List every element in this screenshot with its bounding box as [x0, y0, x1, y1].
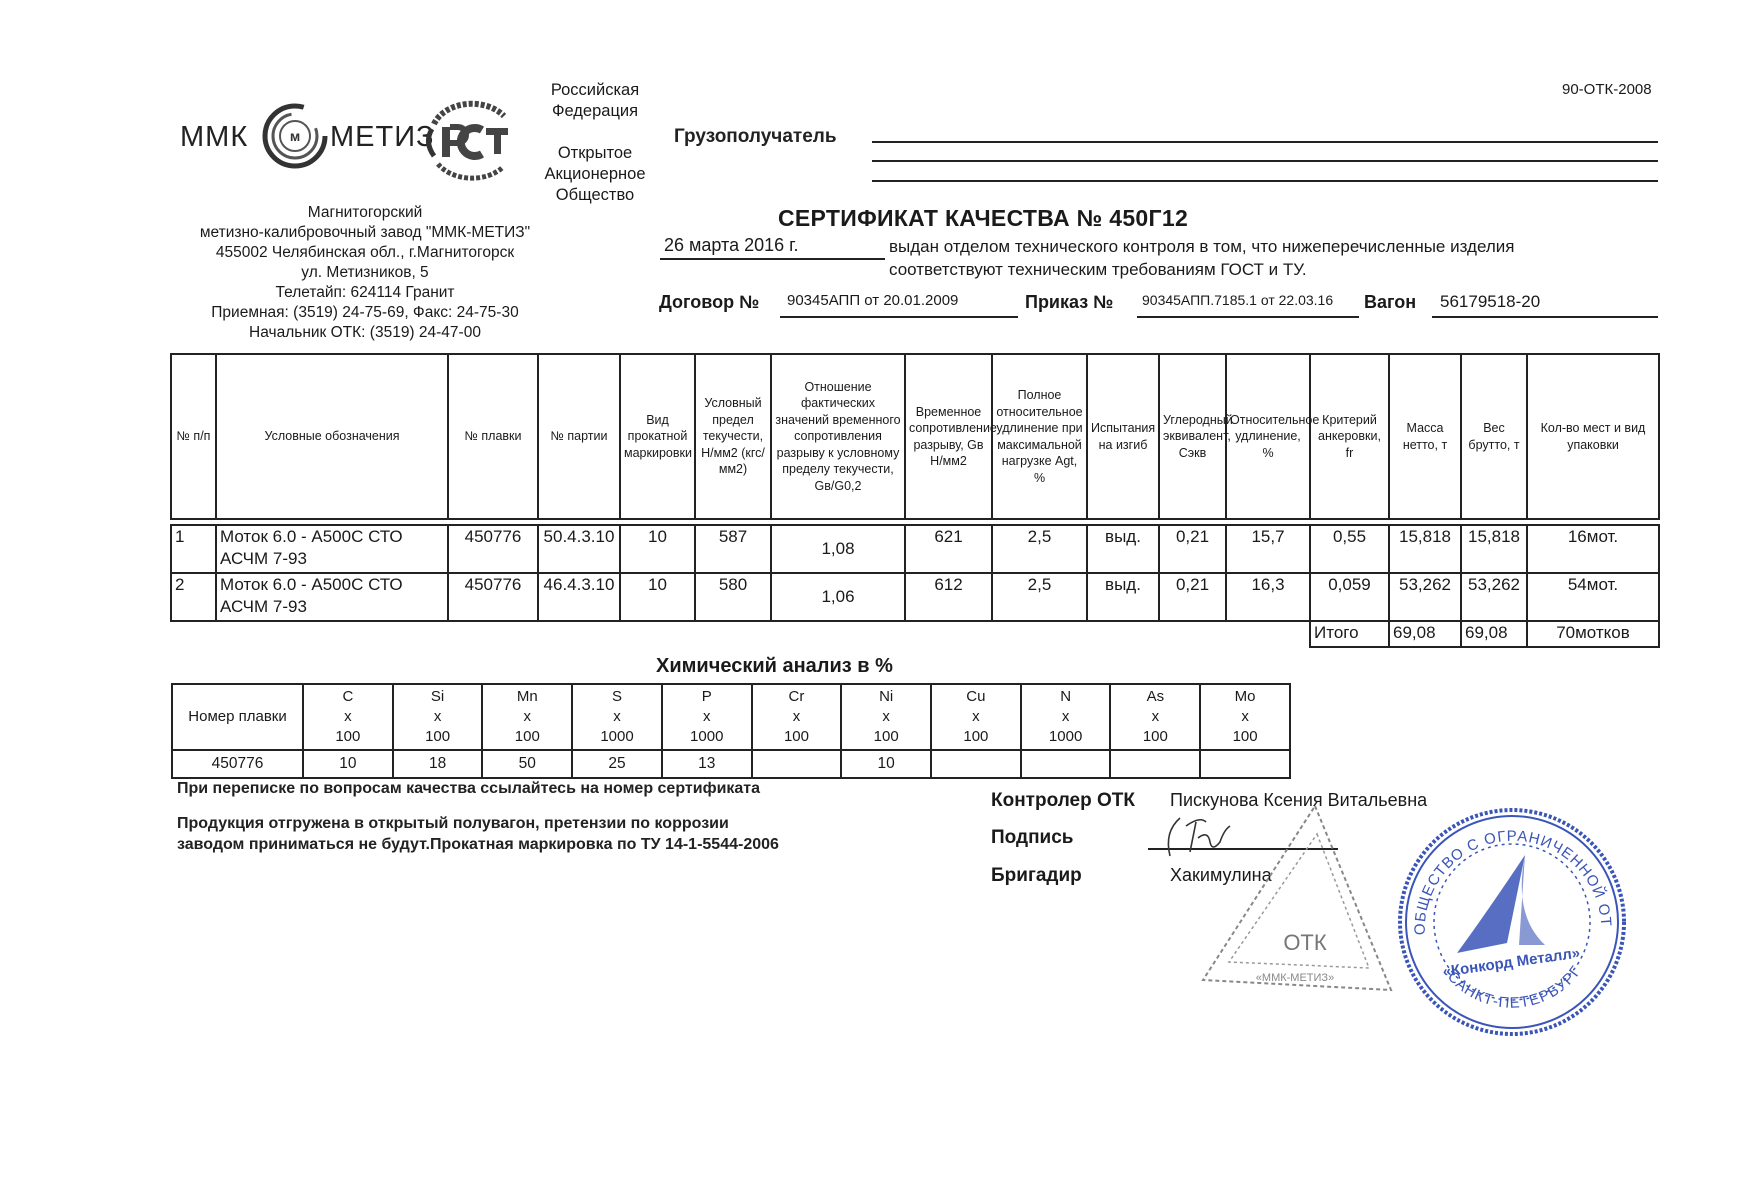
chem-value	[1021, 750, 1111, 778]
address-line: Телетайп: 624114 Гранит	[175, 283, 555, 303]
col-header: Углеродный эквивалент, Сэкв	[1159, 354, 1226, 519]
chem-element-multiplier: 100	[935, 727, 1017, 747]
chem-value	[752, 750, 842, 778]
chem-element-symbol: P	[666, 687, 748, 707]
federation-line: Федерация	[530, 101, 660, 122]
total-gross: 69,08	[1461, 621, 1527, 647]
company-round-stamp-icon: ОБЩЕСТВО С ОГРАНИЧЕННОЙ ОТВЕТСТВЕННОСТЬЮ…	[1395, 805, 1630, 1040]
col-header: Масса нетто, т	[1389, 354, 1461, 519]
chem-element-symbol: C	[307, 687, 389, 707]
cell-gross: 15,818	[1461, 525, 1527, 573]
chem-value: 50	[482, 750, 572, 778]
chem-value: 25	[572, 750, 662, 778]
federation-block: Российская Федерация Открытое Акционерно…	[530, 80, 660, 206]
col-header: Условные обозначения	[216, 354, 448, 519]
chem-element-header: Nx1000	[1021, 684, 1111, 750]
multiply-sign: x	[1114, 707, 1196, 727]
order-line	[1137, 316, 1359, 318]
multiply-sign: x	[307, 707, 389, 727]
consignee-line	[872, 141, 1658, 143]
chem-value: 10	[303, 750, 393, 778]
logo-metiz-text: МЕТИЗ	[330, 121, 435, 154]
chem-header-row: Номер плавки Cx100Six100Mnx100Sx1000Px10…	[172, 684, 1290, 750]
date-line	[660, 258, 885, 260]
multiply-sign: x	[397, 707, 479, 727]
cell-elongation: 16,3	[1226, 573, 1310, 621]
contract-value: 90345АПП от 20.01.2009	[787, 292, 958, 309]
chem-element-multiplier: 1000	[576, 727, 658, 747]
col-header: Отношение фактических значений временног…	[771, 354, 905, 519]
cell-anchorage: 0,059	[1310, 573, 1389, 621]
federation-line: Акционерное	[530, 164, 660, 185]
contract-label: Договор №	[659, 292, 759, 313]
statement-line: соответствуют техническим требованиям ГО…	[889, 258, 1649, 281]
cell-net: 15,818	[1389, 525, 1461, 573]
address-line: ул. Метизников, 5	[175, 263, 555, 283]
cell-gross: 53,262	[1461, 573, 1527, 621]
consignee-line	[872, 180, 1658, 182]
cell-ceq: 0,21	[1159, 525, 1226, 573]
chem-table: Номер плавки Cx100Six100Mnx100Sx1000Px10…	[171, 683, 1291, 779]
consignee-line	[872, 160, 1658, 162]
certificate-statement: выдан отделом технического контроля в то…	[889, 235, 1649, 281]
factory-address: Магнитогорский метизно-калибровочный зав…	[175, 203, 555, 343]
cell-index: 2	[171, 573, 216, 621]
multiply-sign: x	[666, 707, 748, 727]
multiply-sign: x	[576, 707, 658, 727]
address-line: Начальник ОТК: (3519) 24-47-00	[175, 323, 555, 343]
cell-ceq: 0,21	[1159, 573, 1226, 621]
chem-element-symbol: Cr	[756, 687, 838, 707]
cell-tensile: 612	[905, 573, 992, 621]
multiply-sign: x	[756, 707, 838, 727]
col-header: № партии	[538, 354, 620, 519]
otk-stamp-center: ОТК	[1283, 930, 1327, 955]
statement-line: выдан отделом технического контроля в то…	[889, 235, 1649, 258]
chem-element-symbol: Mn	[486, 687, 568, 707]
controller-label: Контролер ОТК	[991, 790, 1135, 812]
federation-line: Российская	[530, 80, 660, 101]
chem-value: 13	[662, 750, 752, 778]
chem-value	[1110, 750, 1200, 778]
chem-element-symbol: N	[1025, 687, 1107, 707]
chem-element-multiplier: 100	[397, 727, 479, 747]
chem-element-header: Cux100	[931, 684, 1021, 750]
rst-certification-icon	[420, 94, 516, 184]
col-header: Относительное удлинение, %	[1226, 354, 1310, 519]
address-line: Приемная: (3519) 24-75-69, Факс: 24-75-3…	[175, 303, 555, 323]
chem-element-header: Crx100	[752, 684, 842, 750]
cell-ratio: 1,06	[771, 573, 905, 621]
chem-element-header: Six100	[393, 684, 483, 750]
chem-element-multiplier: 1000	[1025, 727, 1107, 747]
chem-element-header: Px1000	[662, 684, 752, 750]
chem-element-symbol: Ni	[845, 687, 927, 707]
multiply-sign: x	[1204, 707, 1286, 727]
cell-elongation: 15,7	[1226, 525, 1310, 573]
mmk-emblem-icon: м	[262, 103, 328, 169]
chem-value: 10	[841, 750, 931, 778]
cell-agt: 2,5	[992, 525, 1087, 573]
chem-element-multiplier: 100	[1204, 727, 1286, 747]
chem-element-multiplier: 1000	[666, 727, 748, 747]
total-net: 69,08	[1389, 621, 1461, 647]
cell-agt: 2,5	[992, 573, 1087, 621]
document-code: 90-ОТК-2008	[1562, 81, 1652, 98]
col-header: Критерий анкеровки, fr	[1310, 354, 1389, 519]
chem-element-multiplier: 100	[845, 727, 927, 747]
chem-value	[931, 750, 1021, 778]
otk-stamp-icon: ОТК «ММК-МЕТИЗ»	[1195, 800, 1395, 1000]
note-shipment-2: заводом приниматься не будут.Прокатная м…	[177, 836, 779, 854]
chem-element-multiplier: 100	[307, 727, 389, 747]
multiply-sign: x	[845, 707, 927, 727]
multiply-sign: x	[486, 707, 568, 727]
signature-label: Подпись	[991, 827, 1073, 849]
col-header: Кол-во мест и вид упаковки	[1527, 354, 1659, 519]
chem-element-multiplier: 100	[486, 727, 568, 747]
cell-batch: 50.4.3.10	[538, 525, 620, 573]
cell-designation: Моток 6.0 - А500С СТО АСЧМ 7-93	[216, 525, 448, 573]
table-row: 2 Моток 6.0 - А500С СТО АСЧМ 7-93 450776…	[171, 573, 1659, 621]
chem-value	[1200, 750, 1290, 778]
chem-element-symbol: Si	[397, 687, 479, 707]
col-header: Временное сопротивление разрыву, Gв Н/мм…	[905, 354, 992, 519]
cell-places: 16мот.	[1527, 525, 1659, 573]
svg-text:м: м	[290, 128, 300, 144]
chem-heat-header: Номер плавки	[172, 684, 303, 750]
table-header-row: № п/п Условные обозначения № плавки № па…	[171, 354, 1659, 519]
col-header: Условный предел текучести, Н/мм2 (кгс/мм…	[695, 354, 771, 519]
certificate-title: СЕРТИФИКАТ КАЧЕСТВА № 450Г12	[778, 205, 1188, 232]
chem-heat: 450776	[172, 750, 303, 778]
consignee-label: Грузополучатель	[674, 126, 837, 148]
wagon-label: Вагон	[1364, 292, 1416, 313]
chem-element-symbol: Mo	[1204, 687, 1286, 707]
cell-bend: выд.	[1087, 573, 1159, 621]
cell-ratio: 1,08	[771, 525, 905, 573]
total-places: 70мотков	[1527, 621, 1659, 647]
wagon-line	[1432, 316, 1658, 318]
cell-marking: 10	[620, 573, 695, 621]
chem-element-header: Asx100	[1110, 684, 1200, 750]
chem-element-multiplier: 100	[756, 727, 838, 747]
product-table: № п/п Условные обозначения № плавки № па…	[170, 353, 1660, 648]
note-shipment-1: Продукция отгружена в открытый полувагон…	[177, 815, 729, 833]
chem-title: Химический анализ в %	[656, 655, 893, 678]
col-header: Вид прокатной маркировки	[620, 354, 695, 519]
otk-stamp-bottom: «ММК-МЕТИЗ»	[1256, 972, 1334, 984]
cell-batch: 46.4.3.10	[538, 573, 620, 621]
chem-element-header: Cx100	[303, 684, 393, 750]
multiply-sign: x	[935, 707, 1017, 727]
chem-element-symbol: Cu	[935, 687, 1017, 707]
col-header: № п/п	[171, 354, 216, 519]
cell-heat: 450776	[448, 525, 538, 573]
cell-yield: 587	[695, 525, 771, 573]
cell-tensile: 621	[905, 525, 992, 573]
wagon-value: 56179518-20	[1440, 292, 1540, 312]
note-reference: При переписке по вопросам качества ссыла…	[177, 780, 760, 798]
chem-value: 18	[393, 750, 483, 778]
col-header: Испытания на изгиб	[1087, 354, 1159, 519]
cell-heat: 450776	[448, 573, 538, 621]
contract-line	[780, 316, 1018, 318]
cell-designation: Моток 6.0 - А500С СТО АСЧМ 7-93	[216, 573, 448, 621]
chem-element-header: Mox100	[1200, 684, 1290, 750]
cell-anchorage: 0,55	[1310, 525, 1389, 573]
certificate-date: 26 марта 2016 г.	[664, 235, 799, 256]
cell-places: 54мот.	[1527, 573, 1659, 621]
chem-element-header: Sx1000	[572, 684, 662, 750]
total-row: Итого 69,08 69,08 70мотков	[171, 621, 1659, 647]
chem-element-symbol: As	[1114, 687, 1196, 707]
federation-line: Открытое	[530, 143, 660, 164]
cell-index: 1	[171, 525, 216, 573]
col-header: Полное относительное удлинение при макси…	[992, 354, 1087, 519]
col-header: № плавки	[448, 354, 538, 519]
order-label: Приказ №	[1025, 292, 1113, 313]
table-row: 1 Моток 6.0 - А500С СТО АСЧМ 7-93 450776…	[171, 525, 1659, 573]
address-line: 455002 Челябинская обл., г.Магнитогорск	[175, 243, 555, 263]
chem-value-row: 450776 101850251310	[172, 750, 1290, 778]
address-line: метизно-калибровочный завод "ММК-МЕТИЗ"	[175, 223, 555, 243]
cell-yield: 580	[695, 573, 771, 621]
order-value: 90345АПП.7185.1 от 22.03.16	[1142, 292, 1333, 308]
multiply-sign: x	[1025, 707, 1107, 727]
logo-mmk-text: ММК	[180, 121, 248, 154]
total-label: Итого	[1310, 621, 1389, 647]
cell-bend: выд.	[1087, 525, 1159, 573]
cell-net: 53,262	[1389, 573, 1461, 621]
chem-element-header: Mnx100	[482, 684, 572, 750]
address-line: Магнитогорский	[175, 203, 555, 223]
chem-element-header: Nix100	[841, 684, 931, 750]
foreman-label: Бригадир	[991, 865, 1082, 887]
chem-element-multiplier: 100	[1114, 727, 1196, 747]
cell-marking: 10	[620, 525, 695, 573]
chem-element-symbol: S	[576, 687, 658, 707]
col-header: Вес брутто, т	[1461, 354, 1527, 519]
